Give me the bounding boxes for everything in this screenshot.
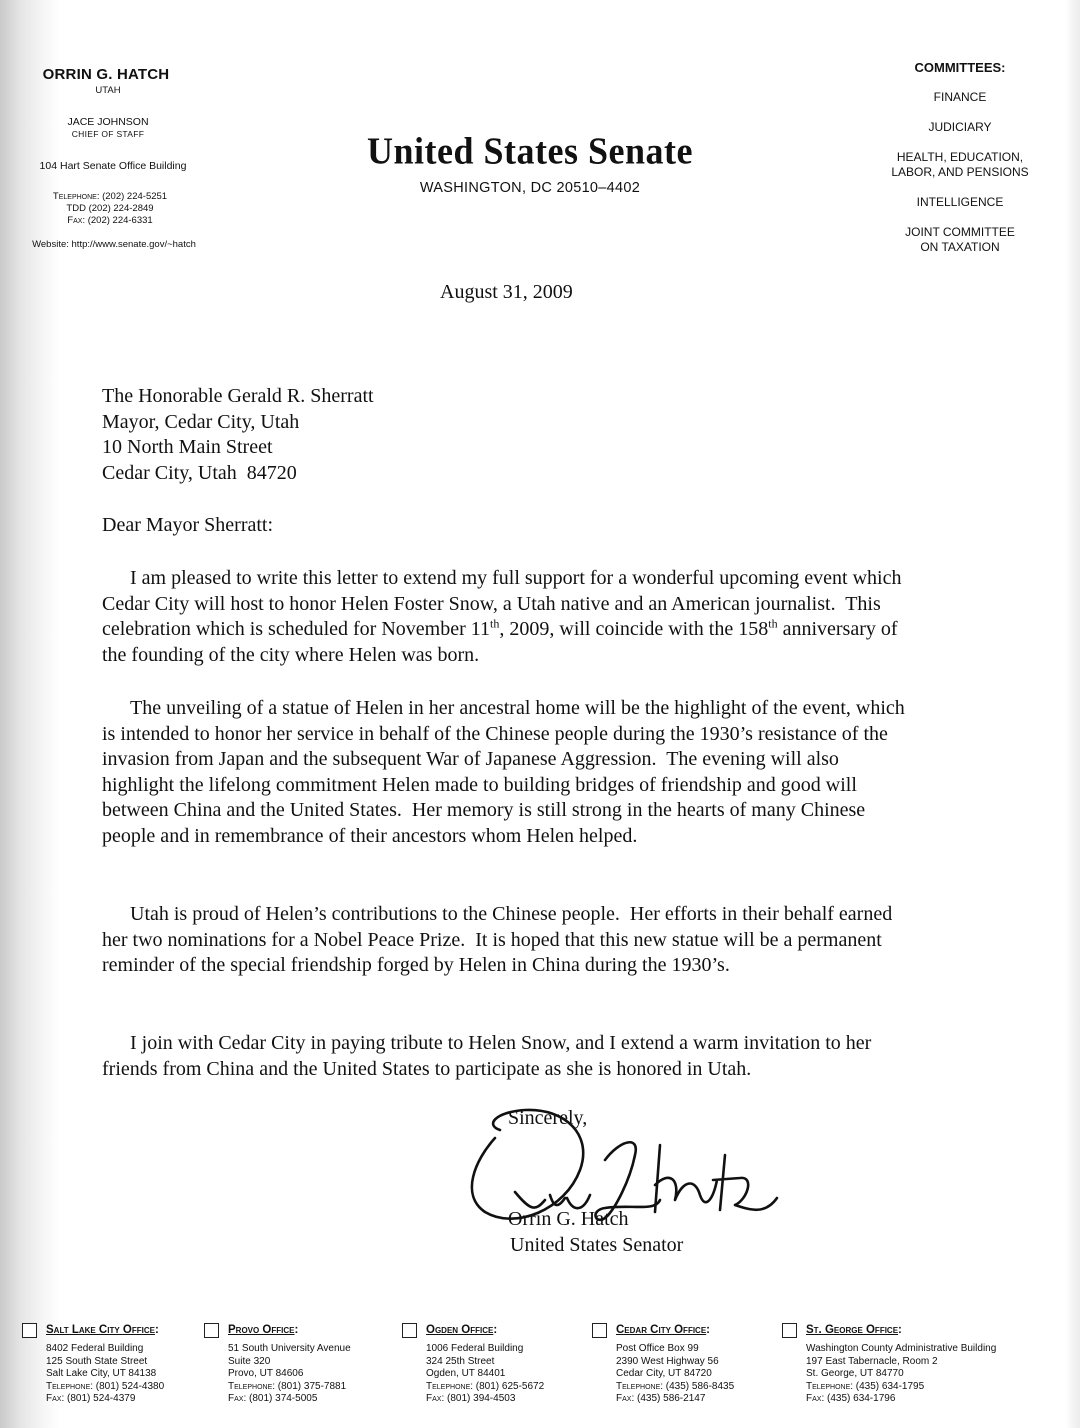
address-line: 197 East Tabernacle, Room 2 bbox=[806, 1356, 996, 1369]
salutation: Dear Mayor Sherratt: bbox=[102, 514, 273, 537]
senator-state: UTAH bbox=[0, 85, 216, 96]
office-address: 1006 Federal Building 324 25th Street Og… bbox=[426, 1343, 544, 1406]
committee-finance: FINANCE bbox=[860, 90, 1060, 105]
chief-of-staff-name: JACE JOHNSON bbox=[0, 116, 216, 128]
office-fax: Fax: (435) 586-2147 bbox=[616, 1393, 734, 1406]
office-address: Washington County Administrative Buildin… bbox=[806, 1343, 996, 1406]
address-line: 2390 West Highway 56 bbox=[616, 1356, 734, 1369]
address-line: 324 25th Street bbox=[426, 1356, 544, 1369]
committees-heading: COMMITTEES: bbox=[860, 60, 1060, 75]
paragraph-4: I join with Cedar City in paying tribute… bbox=[102, 1031, 912, 1082]
senator-name: ORRIN G. HATCH bbox=[0, 66, 216, 83]
paragraph-text: I join with Cedar City in paying tribute… bbox=[102, 1031, 912, 1082]
closing: Sincerely, bbox=[508, 1107, 587, 1130]
address-line: Cedar City, UT 84720 bbox=[616, 1368, 734, 1381]
recipient-line: Cedar City, Utah 84720 bbox=[102, 461, 374, 487]
signer-title: United States Senator bbox=[510, 1234, 683, 1257]
recipient-line: Mayor, Cedar City, Utah bbox=[102, 410, 374, 436]
office-name: Salt Lake City Office: bbox=[46, 1324, 159, 1336]
office-address: 8402 Federal Building 125 South State St… bbox=[46, 1343, 164, 1406]
paragraph-text: , 2009, will coincide with the 158 bbox=[499, 618, 768, 640]
ordinal-suffix: th bbox=[490, 616, 499, 630]
office-telephone: Telephone: (801) 625-5672 bbox=[426, 1381, 544, 1394]
office-telephone: Telephone: (435) 634-1795 bbox=[806, 1381, 996, 1394]
address-line: St. George, UT 84770 bbox=[806, 1368, 996, 1381]
recipient-address: The Honorable Gerald R. Sherratt Mayor, … bbox=[102, 384, 374, 486]
letterhead-title-block: United States Senate WASHINGTON, DC 2051… bbox=[300, 130, 760, 196]
committee-judiciary: JUDICIARY bbox=[860, 120, 1060, 135]
address-line: Suite 320 bbox=[228, 1356, 351, 1369]
committee-joint-taxation: JOINT COMMITTEE ON TAXATION bbox=[895, 225, 1025, 255]
senate-title: United States Senate bbox=[300, 129, 760, 173]
letter-date: August 31, 2009 bbox=[440, 281, 573, 304]
letterhead-senator-block: ORRIN G. HATCH UTAH JACE JOHNSON CHIEF O… bbox=[0, 66, 216, 250]
office-checkbox[interactable] bbox=[592, 1323, 607, 1338]
office-telephone: Telephone: (435) 586-8435 bbox=[616, 1381, 734, 1394]
paragraph-text: The unveiling of a statue of Helen in he… bbox=[102, 696, 912, 849]
dc-fax: Fax: (202) 224-6331 bbox=[4, 215, 216, 227]
office-address: Post Office Box 99 2390 West Highway 56 … bbox=[616, 1343, 734, 1406]
office-fax: Fax: (801) 374-5005 bbox=[228, 1393, 351, 1406]
paragraph-3: Utah is proud of Helen’s contributions t… bbox=[102, 902, 912, 979]
signer-name: Orrin G. Hatch bbox=[508, 1208, 629, 1231]
paragraph-1: I am pleased to write this letter to ext… bbox=[102, 566, 912, 668]
office-fax: Fax: (435) 634-1796 bbox=[806, 1393, 996, 1406]
address-line: Post Office Box 99 bbox=[616, 1343, 734, 1356]
address-line: Provo, UT 84606 bbox=[228, 1368, 351, 1381]
chief-of-staff-title: CHIEF OF STAFF bbox=[0, 129, 216, 139]
ordinal-suffix: th bbox=[768, 616, 777, 630]
committees-block: COMMITTEES: FINANCE JUDICIARY HEALTH, ED… bbox=[860, 60, 1060, 255]
office-checkbox[interactable] bbox=[204, 1323, 219, 1338]
office-name: Ogden Office: bbox=[426, 1324, 497, 1336]
office-checkbox[interactable] bbox=[402, 1323, 417, 1338]
office-building: 104 Hart Senate Office Building bbox=[0, 160, 216, 172]
office-name: Provo Office: bbox=[228, 1324, 298, 1336]
address-line: Salt Lake City, UT 84138 bbox=[46, 1368, 164, 1381]
website-link[interactable]: Website: http://www.senate.gov/~hatch bbox=[0, 239, 216, 250]
paragraph-text: Utah is proud of Helen’s contributions t… bbox=[102, 902, 912, 979]
address-line: 8402 Federal Building bbox=[46, 1343, 164, 1356]
dc-tdd: TDD (202) 224-2849 bbox=[4, 203, 216, 215]
recipient-line: The Honorable Gerald R. Sherratt bbox=[102, 384, 374, 410]
office-telephone: Telephone: (801) 524-4380 bbox=[46, 1381, 164, 1394]
address-line: 1006 Federal Building bbox=[426, 1343, 544, 1356]
recipient-line: 10 North Main Street bbox=[102, 435, 374, 461]
dc-telephone: Telephone: (202) 224-5251 bbox=[4, 191, 216, 203]
address-line: Washington County Administrative Buildin… bbox=[806, 1343, 996, 1356]
office-checkbox[interactable] bbox=[22, 1323, 37, 1338]
committee-help: HEALTH, EDUCATION, LABOR, AND PENSIONS bbox=[880, 150, 1040, 180]
dc-contacts: Telephone: (202) 224-5251 TDD (202) 224-… bbox=[0, 191, 216, 227]
address-line: Ogden, UT 84401 bbox=[426, 1368, 544, 1381]
senate-address: WASHINGTON, DC 20510–4402 bbox=[300, 180, 760, 196]
office-address: 51 South University Avenue Suite 320 Pro… bbox=[228, 1343, 351, 1406]
office-checkbox[interactable] bbox=[782, 1323, 797, 1338]
scan-shadow-right bbox=[1066, 0, 1080, 1428]
address-line: 51 South University Avenue bbox=[228, 1343, 351, 1356]
office-telephone: Telephone: (801) 375-7881 bbox=[228, 1381, 351, 1394]
office-name: St. George Office: bbox=[806, 1324, 902, 1336]
office-fax: Fax: (801) 524-4379 bbox=[46, 1393, 164, 1406]
office-name: Cedar City Office: bbox=[616, 1324, 710, 1336]
committee-intelligence: INTELLIGENCE bbox=[860, 195, 1060, 210]
address-line: 125 South State Street bbox=[46, 1356, 164, 1369]
paragraph-2: The unveiling of a statue of Helen in he… bbox=[102, 696, 912, 849]
office-fax: Fax: (801) 394-4503 bbox=[426, 1393, 544, 1406]
